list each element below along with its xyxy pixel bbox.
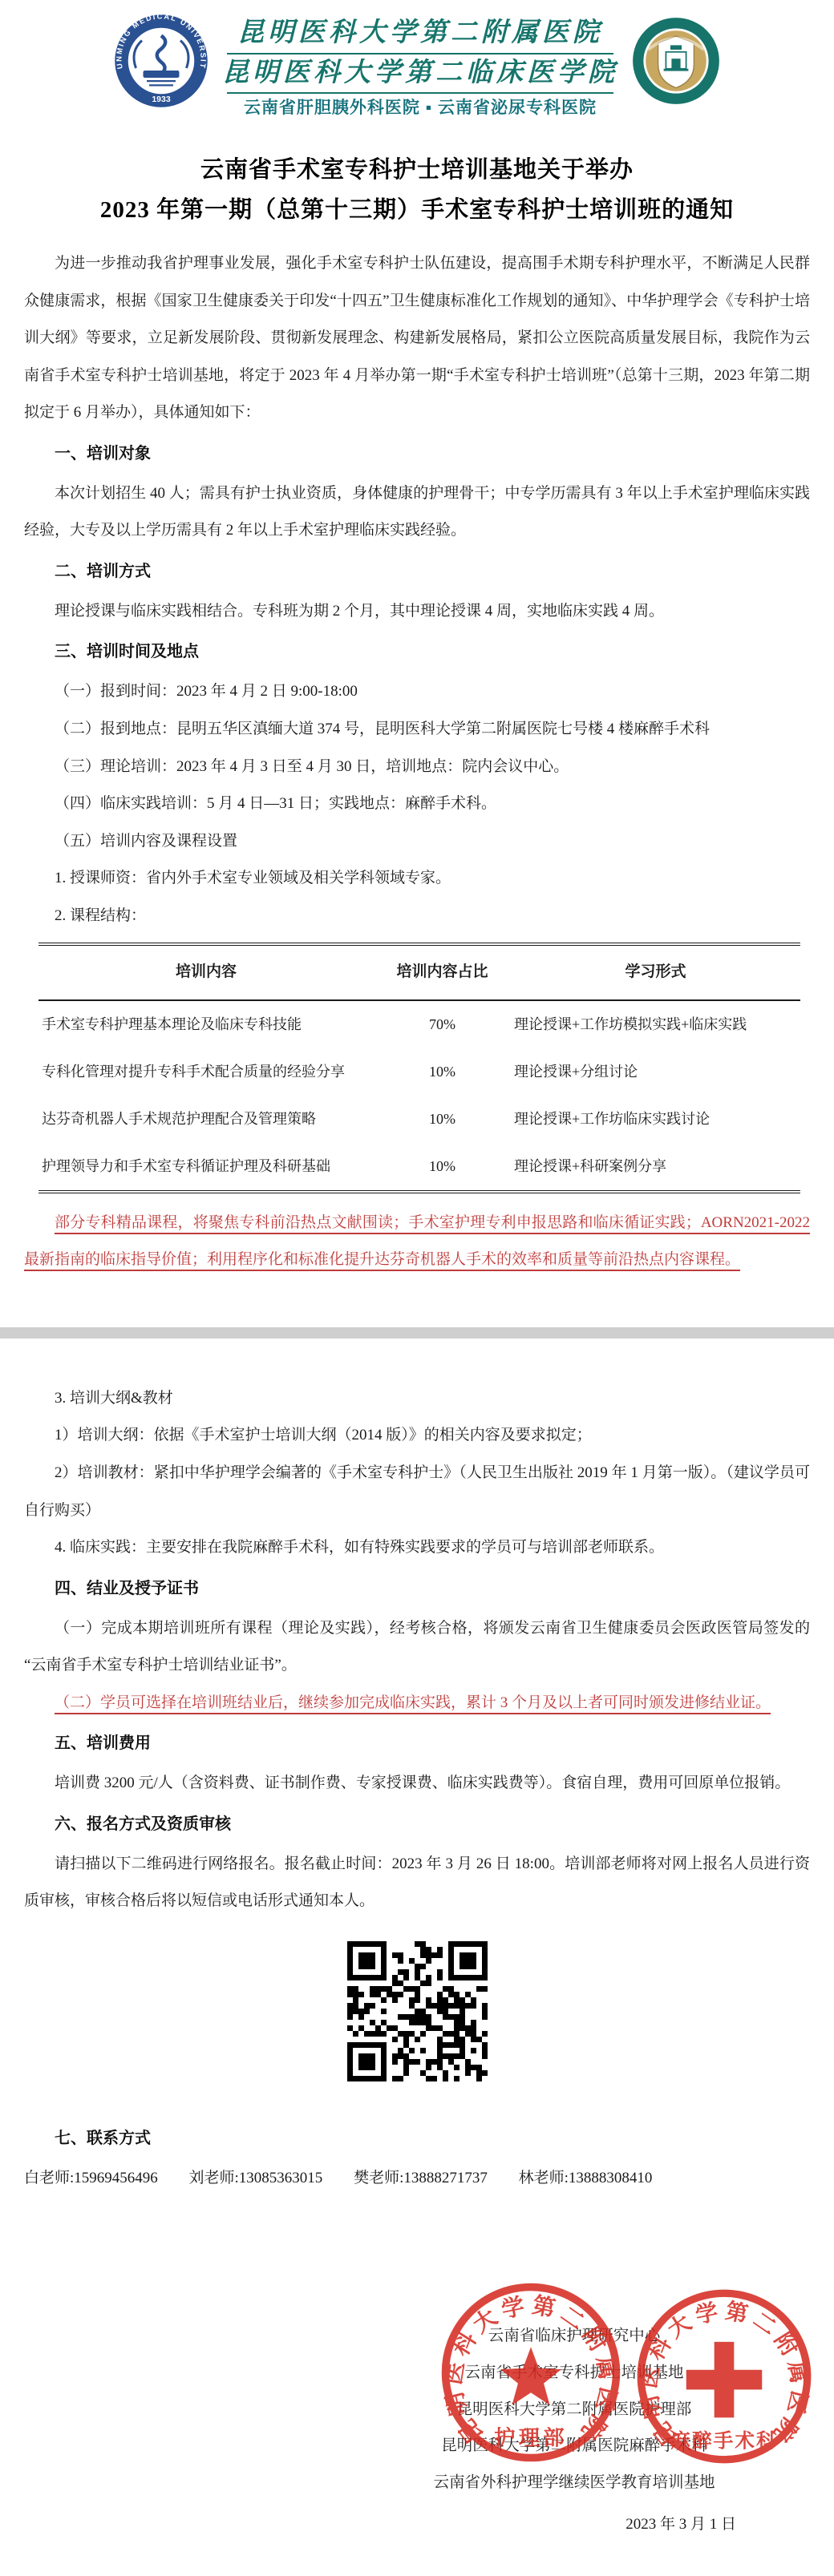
section-1-heading: 一、培训对象 [24,435,810,472]
s4-item-1: （一）完成本期培训班所有课程（理论及实践），经考核合格，将颁发云南省卫生健康委员… [24,1610,810,1685]
row2-percent: 10% [374,1048,511,1096]
signature-area: 云南省临床护理研究中心 云南省手术室专科护士培训基地 昆明医科大学第二附属医院护… [24,2318,810,2544]
highlight-paragraph: 部分专科精品课程，将聚焦专科前沿热点文献围读；手术室护理专利申报思路和临床循证实… [24,1205,810,1279]
row3-form: 理论授课+工作坊临床实践讨论 [511,1096,800,1143]
section-4-heading: 四、结业及授予证书 [24,1570,810,1607]
title-line2: 2023 年第一期（总第十三期）手术室专科护士培训班的通知 [24,190,810,231]
signature-line: 云南省临床护理研究中心 [350,2318,799,2355]
section-2-body: 理论授课与临床实践相结合。专科班为期 2 个月，其中理论授课 4 周，实地临床实… [24,593,810,631]
signature-line: 云南省外科护理学继续医学教育培训基地 [350,2465,799,2501]
section-3-heading: 三、培训时间及地点 [24,633,810,670]
row3-content: 达芬奇机器人手术规范护理配合及管理策略 [38,1096,374,1143]
section-5-heading: 五、培训费用 [24,1725,810,1762]
page-title: 云南省手术室专科护士培训基地关于举办 2023 年第一期（总第十三期）手术室专科… [24,150,810,232]
s3-outline-1: 1）培训大纲：依据《手术室护士培训大纲（2014 版）》的相关内容及要求拟定； [24,1417,810,1455]
row1-percent: 70% [374,1000,511,1048]
contact-fan: 樊老师:13888271737 [354,2170,488,2186]
s4-item-2: （二）学员可选择在培训班结业后，继续参加完成临床实践，累计 3 个月及以上者可同… [24,1685,810,1722]
table-row: 护理领导力和手术室专科循证护理及科研基础 10% 理论授课+科研案例分享 [38,1143,800,1192]
document-date: 2023 年 3 月 1 日 [24,2506,810,2544]
section-2-heading: 二、培训方式 [24,553,810,590]
s5-body: 培训费 3200 元/人（含资料费、证书制作费、专家授课费、临床实践费等）。食宿… [24,1765,810,1803]
s6-body: 请扫描以下二维码进行网络报名。报名截止时间：2023 年 3 月 26 日 18… [24,1846,810,1920]
row1-form: 理论授课+工作坊模拟实践+临床实践 [511,1000,800,1048]
header-divider-1 [227,53,613,55]
signature-line: 昆明医科大学第二附属医院麻醉手术科 [350,2428,799,2465]
header-divider-2 [227,92,613,94]
col-header-form: 学习形式 [511,944,800,1000]
section-6-heading: 六、报名方式及资质审核 [24,1806,810,1843]
page-gap-top [24,1279,810,1327]
contact-bai: 白老师:15969456496 [24,2170,158,2186]
signature-line: 云南省手术室专科护士培训基地 [350,2355,799,2392]
page-gap-bottom [24,1338,810,1380]
s3-item-5: （五）培训内容及课程设置 [24,823,810,861]
hospital-badge-right-icon [631,16,721,121]
badge-year: 1933 [152,95,171,104]
signature-block: 云南省临床护理研究中心 云南省手术室专科护士培训基地 昆明医科大学第二附属医院护… [350,2318,799,2501]
hospital-name-line2: 昆明医科大学第二临床医学院 [222,57,618,90]
row3-percent: 10% [374,1096,511,1143]
signature-line: 昆明医科大学第二附属医院护理部 [350,2392,799,2429]
row4-form: 理论授课+科研案例分享 [511,1143,800,1192]
intro-paragraph: 为进一步推动我省护理事业发展，强化手术室专科护士队伍建设，提高围手术期专科护理水… [24,245,810,432]
contact-list: 白老师:15969456496 刘老师:13085363015 樊老师:1388… [24,2160,810,2198]
kmu-badge-icon: KUNMING MEDICAL UNIVERSITY 1933 [113,13,209,124]
s3-item-4: （四）临床实践培训：5 月 4 日—31 日；实践地点：麻醉手术科。 [24,785,810,823]
registration-qr-code[interactable] [347,1941,488,2097]
col-header-content: 培训内容 [38,944,374,1000]
section-7-heading: 七、联系方式 [24,2120,810,2157]
notice-document: KUNMING MEDICAL UNIVERSITY 1933 昆明医科大学第二… [0,0,834,2576]
s3-practice: 4. 临床实践：主要安排在我院麻醉手术科，如有特殊实践要求的学员可与培训部老师联… [24,1529,810,1567]
page-break-bar [0,1327,834,1338]
row4-percent: 10% [374,1143,511,1192]
course-structure-table: 培训内容 培训内容占比 学习形式 手术室专科护理基本理论及临床专科技能 70% … [38,943,800,1193]
s3-item-2: （二）报到地点：昆明五华区滇缅大道 374 号，昆明医科大学第二附属医院七号楼 … [24,711,810,749]
s3-outline-label: 3. 培训大纲&教材 [24,1380,810,1418]
s3-curriculum-label: 2. 课程结构： [24,898,810,935]
contact-liu: 刘老师:13085363015 [189,2170,323,2186]
hospital-header: KUNMING MEDICAL UNIVERSITY 1933 昆明医科大学第二… [24,8,810,127]
table-header-row: 培训内容 培训内容占比 学习形式 [38,944,800,1000]
table-row: 专科化管理对提升专科手术配合质量的经验分享 10% 理论授课+分组讨论 [38,1048,800,1096]
s3-faculty: 1. 授课师资：省内外手术室专业领域及相关学科领域专家。 [24,860,810,898]
row2-content: 专科化管理对提升专科手术配合质量的经验分享 [38,1048,374,1096]
s3-outline-2: 2）培训教材：紧扣中华护理学会编著的《手术室专科护士》（人民卫生出版社 2019… [24,1455,810,1529]
row1-content: 手术室专科护理基本理论及临床专科技能 [38,1000,374,1048]
contact-lin: 林老师:13888308410 [519,2170,653,2186]
s3-item-3: （三）理论培训：2023 年 4 月 3 日至 4 月 30 日，培训地点：院内… [24,749,810,786]
s3-item-1: （一）报到时间：2023 年 4 月 2 日 9:00-18:00 [24,673,810,711]
table-row: 手术室专科护理基本理论及临床专科技能 70% 理论授课+工作坊模拟实践+临床实践 [38,1000,800,1048]
row2-form: 理论授课+分组讨论 [511,1048,800,1096]
row4-content: 护理领导力和手术室专科循证护理及科研基础 [38,1143,374,1192]
hospital-name-line1: 昆明医科大学第二附属医院 [222,17,618,50]
section-1-body: 本次计划招生 40 人；需具有护士执业资质，身体健康的护理骨干；中专学历需具有 … [24,475,810,550]
title-line1: 云南省手术室专科护士培训基地关于举办 [24,150,810,191]
hospital-subtitle: 云南省肝胆胰外科医院 ▪ 云南省泌尿专科医院 [222,96,618,119]
table-row: 达芬奇机器人手术规范护理配合及管理策略 10% 理论授课+工作坊临床实践讨论 [38,1096,800,1143]
col-header-percent: 培训内容占比 [374,944,511,1000]
